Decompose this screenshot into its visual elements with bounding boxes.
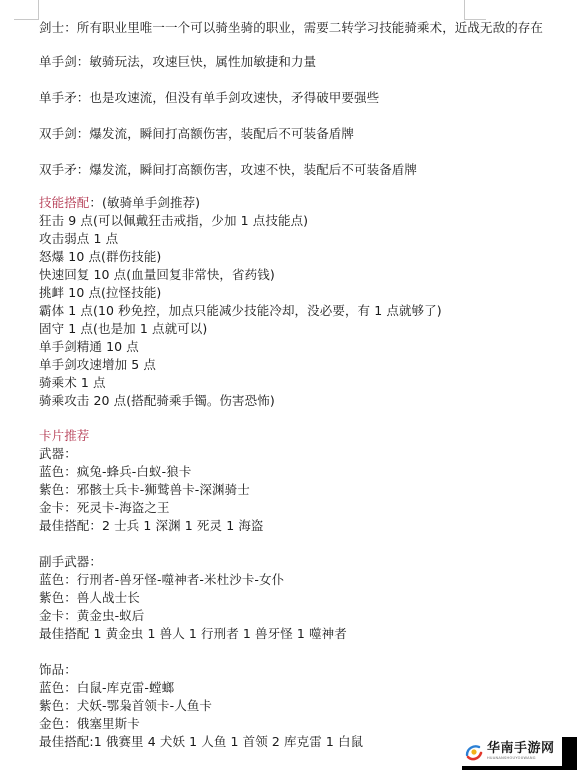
cards-heading: 卡片推荐	[39, 427, 89, 445]
skill-item: 单手剑精通 10 点	[39, 338, 139, 356]
weapon-cards-title: 武器：	[39, 445, 77, 463]
weapon-cards-blue: 蓝色：疯兔-蜂兵-白蚁-狼卡	[39, 463, 191, 481]
offhand-cards-best: 最佳搭配 1 黄金虫 1 兽人 1 行刑者 1 兽牙怪 1 噬神者	[39, 625, 347, 643]
watermark-black-bar	[462, 766, 577, 770]
margin-mark-right-vertical	[464, 0, 465, 19]
watermark-text: 华南手游网 HUANANSHOUYOUWANG	[487, 742, 555, 761]
skills-heading-line: 技能搭配：(敏骑单手剑推荐)	[39, 194, 200, 212]
offhand-cards-purple: 紫色：兽人战士长	[39, 589, 140, 607]
accessory-cards-purple: 紫色：犬妖-鄂枭首领卡-人鱼卡	[39, 697, 212, 715]
class-swordsman-intro: 剑士：所有职业里唯一一个可以骑坐骑的职业，需要二转学习技能骑乘术，近战无敌的存在	[39, 19, 543, 37]
offhand-cards-blue: 蓝色：行刑者-兽牙怪-噬神者-米杜沙卡-女仆	[39, 571, 284, 589]
skill-item: 单手剑攻速增加 5 点	[39, 356, 156, 374]
watermark-title: 华南手游网	[487, 742, 555, 756]
accessory-cards-blue: 蓝色：白鼠-库克雷-螳螂	[39, 679, 174, 697]
weapon-cards-purple: 紫色：邪骸士兵卡-狮鹫兽卡-深渊骑士	[39, 481, 250, 499]
margin-mark-left-horizontal	[14, 19, 39, 20]
offhand-cards-gold: 金卡：黄金虫-蚁后	[39, 607, 144, 625]
class-one-hand-spear: 单手矛：也是攻速流，但没有单手剑攻速快，矛得破甲要强些	[39, 89, 379, 107]
accessory-cards-title: 饰品：	[39, 661, 77, 679]
skill-item: 挑衅 10 点(拉怪技能)	[39, 284, 161, 302]
watermark-subtitle: HUANANSHOUYOUWANG	[487, 756, 555, 761]
skills-heading-suffix: ：(敏骑单手剑推荐)	[89, 195, 200, 210]
document-page: 剑士：所有职业里唯一一个可以骑坐骑的职业，需要二转学习技能骑乘术，近战无敌的存在…	[0, 0, 577, 770]
weapon-cards-best: 最佳搭配：2 士兵 1 深渊 1 死灵 1 海盗	[39, 517, 264, 535]
skill-item: 霸体 1 点(10 秒免控，加点只能减少技能冷却，没必要，有 1 点就够了)	[39, 302, 442, 320]
skill-item: 骑乘术 1 点	[39, 374, 106, 392]
skill-item: 怒爆 10 点(群伤技能)	[39, 248, 161, 266]
class-one-hand-sword: 单手剑：敏骑玩法，攻速巨快，属性加敏捷和力量	[39, 53, 316, 71]
site-watermark: 华南手游网 HUANANSHOUYOUWANG	[462, 737, 562, 766]
accessory-cards-gold: 金色：俄塞里斯卡	[39, 715, 140, 733]
class-two-hand-spear: 双手矛：爆发流，瞬间打高额伤害，攻速不快，装配后不可装备盾牌	[39, 161, 417, 179]
skill-item: 固守 1 点(也是加 1 点就可以)	[39, 320, 207, 338]
accessory-cards-best: 最佳搭配:1 俄赛里 4 犬妖 1 人鱼 1 首领 2 库克雷 1 白鼠	[39, 733, 363, 751]
class-two-hand-sword: 双手剑：爆发流，瞬间打高额伤害，装配后不可装备盾牌	[39, 125, 354, 143]
skill-item: 骑乘攻击 20 点(搭配骑乘手镯。伤害恐怖)	[39, 392, 275, 410]
offhand-cards-title: 副手武器：	[39, 553, 102, 571]
skill-item: 攻击弱点 1 点	[39, 230, 118, 248]
weapon-cards-gold: 金卡：死灵卡-海盗之王	[39, 499, 170, 517]
margin-mark-left-vertical	[38, 0, 39, 19]
skills-heading: 技能搭配	[39, 195, 89, 210]
skill-item: 快速回复 10 点(血量回复非常快，省药钱)	[39, 266, 275, 284]
site-logo-icon	[464, 742, 484, 762]
skill-item: 狂击 9 点(可以佩戴狂击戒指，少加 1 点技能点)	[39, 212, 308, 230]
